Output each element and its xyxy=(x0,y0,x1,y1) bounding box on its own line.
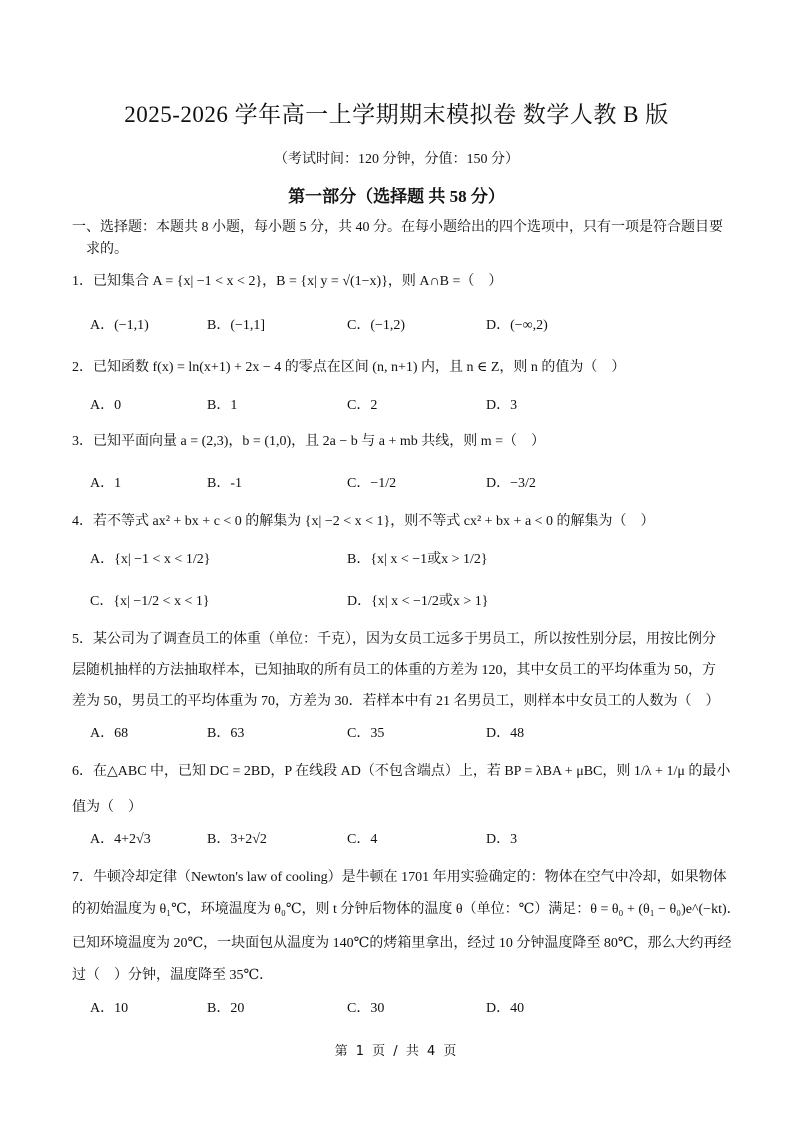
question-1-option-c: C．(−1,2) xyxy=(347,314,405,334)
question-1-option-a: A．(−1,1) xyxy=(90,314,149,334)
question-5-stem-line-1: 5．某公司为了调查员工的体重（单位：千克），因为女员工远多于男员工，所以按性别分… xyxy=(72,628,716,648)
question-7-stem-line-2: 的初始温度为 θ₁℃，环境温度为 θ₀℃，则 t 分钟后物体的温度 θ（单位：℃… xyxy=(72,898,741,918)
question-5-stem-line-2: 层随机抽样的方法抽取样本，已知抽取的所有员工的体重的方差为 120，其中女员工的… xyxy=(72,659,716,679)
question-5-stem-line-3: 差为 50，男员工的平均体重为 70，方差为 30．若样本中有 21 名男员工，… xyxy=(72,690,720,710)
question-2-option-a: A．0 xyxy=(90,394,121,414)
question-5-option-d: D．48 xyxy=(486,722,524,742)
question-6-option-b: B．3+2√2 xyxy=(207,828,267,848)
question-6-stem-line-2: 值为（ ） xyxy=(72,796,142,816)
question-7-stem-line-1: 7．牛顿冷却定律（Newton's law of cooling）是牛顿在 17… xyxy=(72,866,727,886)
question-7-stem-line-3: 已知环境温度为 20℃，一块面包从温度为 140℃的烤箱里拿出，经过 10 分钟… xyxy=(72,932,731,952)
question-2-option-d: D．3 xyxy=(486,394,517,414)
question-5-option-c: C．35 xyxy=(347,722,384,742)
question-1-option-d: D．(−∞,2) xyxy=(486,314,548,334)
question-7-stem-line-4: 过（ ）分钟，温度降至 35℃． xyxy=(72,964,273,984)
question-1-option-b: B．(−1,1] xyxy=(207,314,265,334)
question-4-option-b: B．{x| x < −1或x > 1/2} xyxy=(347,548,488,568)
question-7-option-c: C．30 xyxy=(347,997,384,1017)
section-heading: 第一部分（选择题 共 58 分） xyxy=(0,182,793,207)
question-6-option-c: C．4 xyxy=(347,828,377,848)
page-indicator: 第 1 页 / 共 4 页 xyxy=(0,1040,793,1059)
question-6-stem-line-1: 6．在△ABC 中，已知 DC = 2BD，P 在线段 AD（不包含端点）上，若… xyxy=(72,760,730,780)
question-4-stem: 4．若不等式 ax² + bx + c < 0 的解集为 {x| −2 < x … xyxy=(72,510,655,530)
question-2-stem: 2．已知函数 f(x) = ln(x+1) + 2x − 4 的零点在区间 (n… xyxy=(72,356,625,376)
question-7-option-a: A．10 xyxy=(90,997,128,1017)
question-7-option-b: B．20 xyxy=(207,997,244,1017)
question-4-option-a: A．{x| −1 < x < 1/2} xyxy=(90,548,210,568)
question-3-option-a: A．1 xyxy=(90,472,121,492)
question-3-option-c: C．−1/2 xyxy=(347,472,396,492)
question-3-option-b: B．-1 xyxy=(207,472,242,492)
instructions-line-1: 一、选择题：本题共 8 小题，每小题 5 分，共 40 分。在每小题给出的四个选… xyxy=(72,216,723,236)
question-4-option-d: D．{x| x < −1/2或x > 1} xyxy=(347,590,488,610)
question-3-stem: 3．已知平面向量 a = (2,3)，b = (1,0)，且 2a − b 与 … xyxy=(72,430,545,450)
question-6-option-d: D．3 xyxy=(486,828,517,848)
question-3-option-d: D．−3/2 xyxy=(486,472,536,492)
question-7-option-d: D．40 xyxy=(486,997,524,1017)
question-6-option-a: A．4+2√3 xyxy=(90,828,151,848)
question-5-option-a: A．68 xyxy=(90,722,128,742)
question-1-stem: 1．已知集合 A = {x| −1 < x < 2}，B = {x| y = √… xyxy=(72,270,502,290)
question-5-option-b: B．63 xyxy=(207,722,244,742)
question-2-option-c: C．2 xyxy=(347,394,377,414)
instructions-line-2: 求的。 xyxy=(86,238,128,258)
exam-title: 2025-2026 学年高一上学期期末模拟卷 数学人教 B 版 xyxy=(0,96,793,129)
question-4-option-c: C．{x| −1/2 < x < 1} xyxy=(90,590,210,610)
exam-time-score: （考试时间：120 分钟，分值：150 分） xyxy=(0,148,793,168)
question-2-option-b: B．1 xyxy=(207,394,237,414)
